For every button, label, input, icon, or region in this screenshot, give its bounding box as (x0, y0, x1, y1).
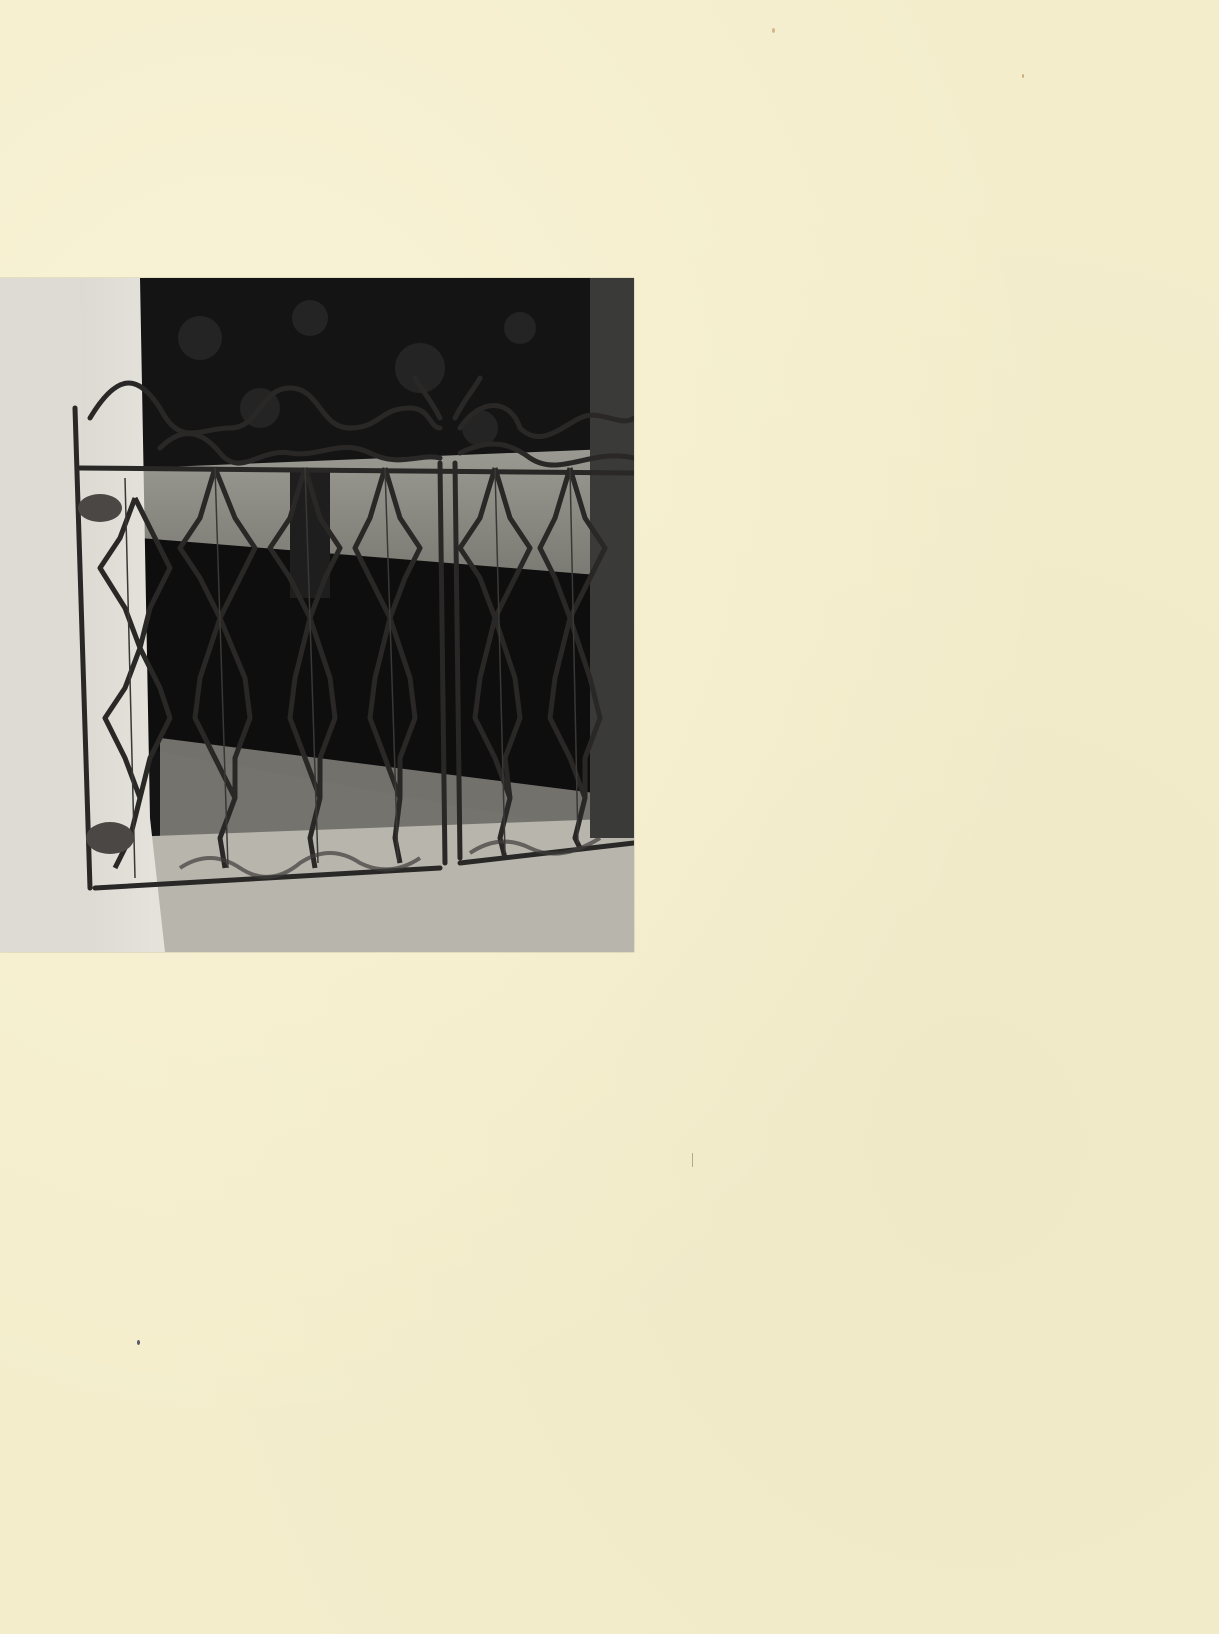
paper-speck (1022, 74, 1024, 78)
paper-speck (692, 1153, 693, 1167)
gate-photograph (0, 278, 634, 952)
gate-photo-image (0, 278, 634, 952)
paper-speck (137, 1340, 140, 1345)
paper-speck (772, 28, 775, 33)
